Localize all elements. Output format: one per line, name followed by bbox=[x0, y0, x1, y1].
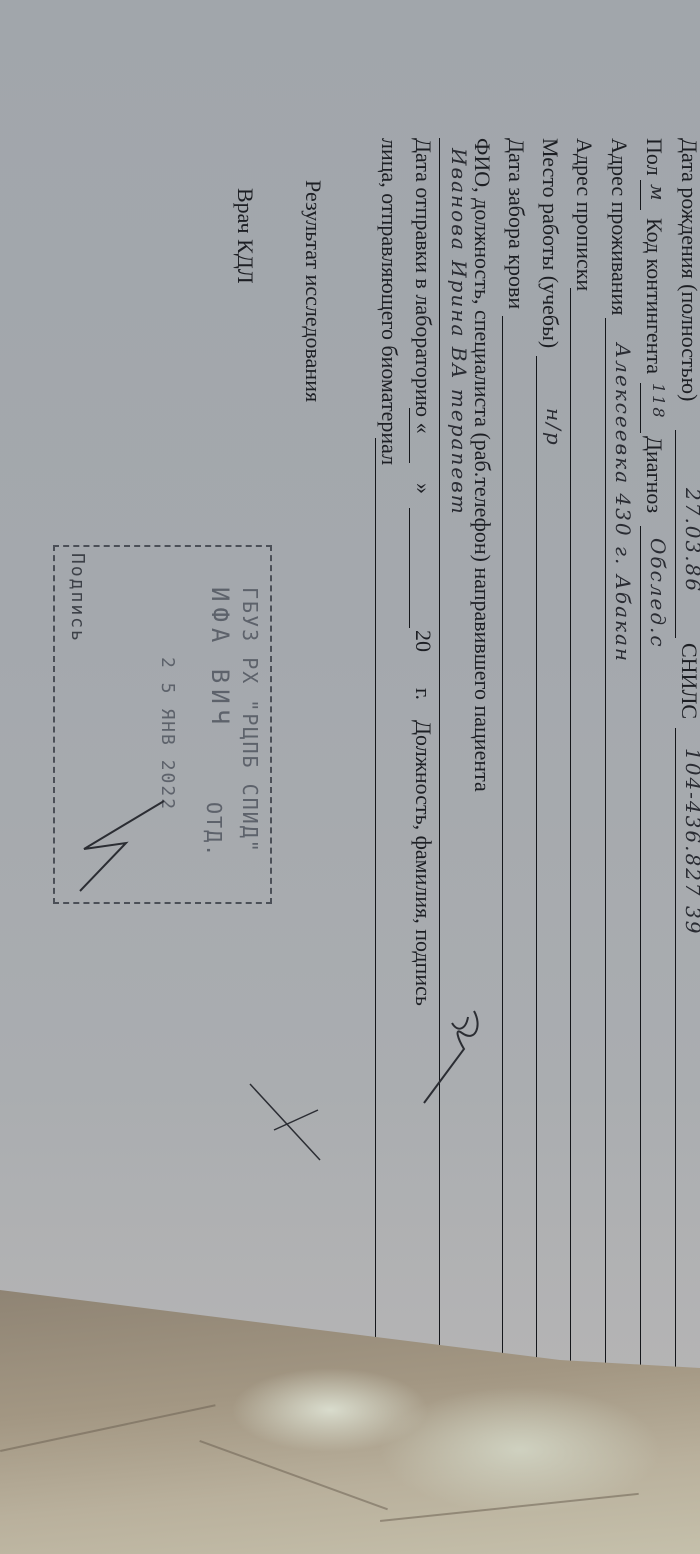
contingent-code-value: 118 bbox=[643, 383, 673, 420]
pen-mark-icon bbox=[240, 1080, 330, 1170]
send-year-suffix: г. bbox=[408, 688, 438, 700]
blood-draw-date-underline bbox=[502, 316, 503, 1448]
sex-label: Пол bbox=[639, 138, 669, 176]
send-year-prefix: 20 bbox=[408, 630, 438, 652]
referring-specialist-underline bbox=[439, 138, 440, 1448]
snils-underline bbox=[675, 728, 676, 1448]
sex-value: м bbox=[643, 184, 673, 203]
result-label: Результат исследования bbox=[298, 180, 328, 402]
contingent-code-underline bbox=[640, 383, 641, 433]
doctor-section: Врач КДЛ bbox=[230, 188, 260, 488]
registration-address-label: Адрес прописки bbox=[569, 138, 599, 291]
stamp-line-2: ИФА ВИЧ bbox=[206, 587, 234, 730]
field-send-date: Дата отправки в лабораторию « » 20 г. До… bbox=[408, 138, 438, 1438]
registration-address-underline bbox=[570, 288, 571, 1448]
doctor-label: Врач КДЛ bbox=[230, 188, 260, 284]
stamp-line-3: ОТД. bbox=[202, 802, 226, 858]
fabric-fold bbox=[380, 1493, 639, 1522]
residence-address-label: Адрес проживания bbox=[604, 138, 634, 315]
sex-underline bbox=[640, 180, 641, 210]
field-blood-draw-date: Дата забора крови bbox=[501, 138, 531, 1438]
sender-label: лица, отправляющего биоматериал bbox=[374, 138, 404, 465]
field-birth-date: Дата рождения (полностью) 27.03.86 СНИЛС… bbox=[674, 138, 700, 1438]
lab-stamp: ГБУЗ РХ "РЦПБ СПИД" ИФА ВИЧ ОТД. 2 5 ЯНВ… bbox=[53, 545, 272, 904]
birth-date-label: Дата рождения (полностью) bbox=[674, 138, 700, 401]
diagnosis-underline bbox=[640, 526, 641, 1446]
field-sex-code-diagnosis: Пол м Код контингента 118 Диагноз Обслед… bbox=[639, 138, 669, 1438]
birth-date-underline bbox=[675, 430, 676, 638]
contingent-code-label: Код контингента bbox=[639, 218, 669, 374]
field-registration-address: Адрес прописки bbox=[569, 138, 599, 1438]
workplace-underline bbox=[536, 356, 537, 1448]
birth-date-value: 27.03.86 bbox=[678, 488, 700, 593]
workplace-value: н/р bbox=[539, 408, 569, 447]
referring-specialist-value: Иванова Ирина ВА терапевт bbox=[444, 148, 474, 516]
sender-position-label: Должность, фамилия, подпись bbox=[408, 720, 438, 1006]
sender-underline bbox=[375, 438, 376, 1448]
stamp-date: 2 5 ЯНВ 2022 bbox=[157, 657, 178, 811]
send-date-label: Дата отправки в лабораторию « bbox=[408, 138, 438, 434]
snils-label: СНИЛС bbox=[674, 643, 700, 719]
residence-address-underline bbox=[605, 318, 606, 1448]
stamp-signature-label: Подпись bbox=[67, 553, 88, 643]
field-sender: лица, отправляющего биоматериал bbox=[374, 138, 404, 1438]
result-section: Результат исследования bbox=[298, 180, 328, 580]
send-date-quote-close: » bbox=[408, 483, 438, 494]
diagnosis-label: Диагноз bbox=[639, 436, 669, 513]
field-workplace: Место работы (учебы) н/р bbox=[535, 138, 565, 1438]
stamp-signature-icon bbox=[70, 797, 170, 897]
stamp-line-1: ГБУЗ РХ "РЦПБ СПИД" bbox=[238, 587, 262, 854]
snils-value: 104-436.827 39 bbox=[678, 748, 700, 935]
blood-draw-date-label: Дата забора крови bbox=[501, 138, 531, 309]
send-month-underline[interactable] bbox=[409, 508, 410, 628]
field-residence-address: Адрес проживания Алексеевка 430 г. Абака… bbox=[604, 138, 634, 1438]
diagnosis-value: Обслед.с bbox=[643, 538, 673, 649]
fabric-fold bbox=[199, 1440, 388, 1510]
send-day-underline[interactable] bbox=[409, 408, 410, 463]
residence-address-value: Алексеевка 430 г. Абакан bbox=[608, 343, 638, 663]
workplace-label: Место работы (учебы) bbox=[535, 138, 565, 348]
fabric-fold bbox=[0, 1404, 216, 1452]
